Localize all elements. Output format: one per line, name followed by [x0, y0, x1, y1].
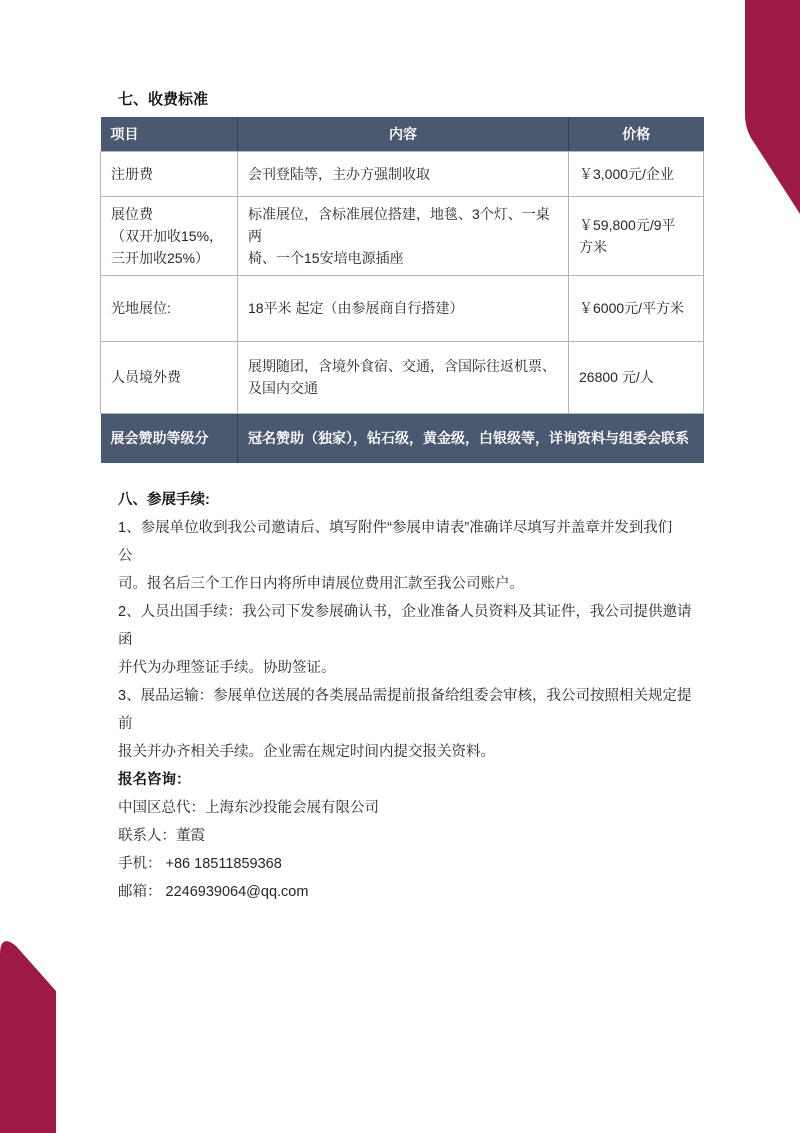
paragraph-line: 2、人员出国手续：我公司下发参展确认书，企业准备人员资料及其证件，我公司提供邀请: [118, 598, 708, 626]
section7-title: 七、收费标准: [118, 88, 208, 109]
paragraph-line: 报关并办齐相关手续。企业需在规定时间内提交报关资料。: [118, 738, 708, 766]
cell-content: 冠名赞助（独家），钻石级，黄金级，白银级等，详询资料与组委会联系: [238, 413, 704, 463]
corner-accent-top-right: [745, 0, 800, 216]
table-row-sponsor: 展会赞助等级分 冠名赞助（独家），钻石级，黄金级，白银级等，详询资料与组委会联系: [101, 413, 704, 463]
paragraph-line: 前: [118, 710, 708, 738]
header-price: 价格: [569, 117, 704, 151]
contact-agent-line: 中国区总代：上海东沙投能会展有限公司: [118, 794, 708, 822]
table-row-registration: 注册费 会刊登陆等，主办方强制收取 ￥3,000元/企业: [101, 151, 704, 196]
paragraph-line: 并代为办理签证手续。协助签证。: [118, 654, 708, 682]
contact-heading: 报名咨询：: [118, 766, 708, 794]
cell-content: 展期随团，含境外食宿、交通，含国际往返机票、 及国内交通: [238, 341, 569, 413]
table-row-booth: 展位费 （双开加收15%， 三开加收25%） 标准展位，含标准展位搭建，地毯、3…: [101, 196, 704, 275]
paragraph-line: 3、展品运输：参展单位送展的各类展品需提前报备给组委会审核，我公司按照相关规定提: [118, 682, 708, 710]
table-row-rawspace: 光地展位: 18平米 起定（由参展商自行搭建） ￥6000元/平方米: [101, 275, 704, 341]
document-page: 七、收费标准 项目 内容 价格 注册费 会刊登陆等，主办方强制收取 ￥3,000…: [0, 0, 800, 1133]
contact-email-line: 邮箱： 2246939064@qq.com: [118, 878, 708, 906]
fee-table-header-row: 项目 内容 价格: [101, 117, 704, 151]
section8-block: 八、参展手续: 1、参展单位收到我公司邀请后、填写附件“参展申请表”准确详尽填写…: [118, 486, 708, 906]
cell-price: ￥6000元/平方米: [569, 275, 704, 341]
cell-item: 人员境外费: [101, 341, 238, 413]
cell-price: ￥59,800元/9平 方米: [569, 196, 704, 275]
cell-item: 光地展位:: [101, 275, 238, 341]
cell-content: 会刊登陆等，主办方强制收取: [238, 151, 569, 196]
cell-item: 展会赞助等级分: [101, 413, 238, 463]
section8-heading: 八、参展手续:: [118, 486, 708, 514]
cell-content: 标准展位，含标准展位搭建，地毯、3个灯、一桌两 椅、一个15安培电源插座: [238, 196, 569, 275]
paragraph-line: 1、参展单位收到我公司邀请后、填写附件“参展申请表”准确详尽填写并盖章并发到我们: [118, 514, 708, 542]
contact-phone-line: 手机： +86 18511859368: [118, 850, 708, 878]
cell-price: 26800 元/人: [569, 341, 704, 413]
paragraph-line: 司。报名后三个工作日内将所申请展位费用汇款至我公司账户。: [118, 570, 708, 598]
cell-item: 注册费: [101, 151, 238, 196]
fee-table: 项目 内容 价格 注册费 会刊登陆等，主办方强制收取 ￥3,000元/企业 展位…: [100, 117, 704, 463]
corner-accent-bottom-left: [0, 931, 56, 1133]
cell-price: ￥3,000元/企业: [569, 151, 704, 196]
contact-person-line: 联系人：董霞: [118, 822, 708, 850]
header-item: 项目: [101, 117, 238, 151]
cell-item: 展位费 （双开加收15%， 三开加收25%）: [101, 196, 238, 275]
header-content: 内容: [238, 117, 569, 151]
table-row-personnel: 人员境外费 展期随团，含境外食宿、交通，含国际往返机票、 及国内交通 26800…: [101, 341, 704, 413]
paragraph-line: 函: [118, 626, 708, 654]
cell-content: 18平米 起定（由参展商自行搭建）: [238, 275, 569, 341]
paragraph-line: 公: [118, 542, 708, 570]
